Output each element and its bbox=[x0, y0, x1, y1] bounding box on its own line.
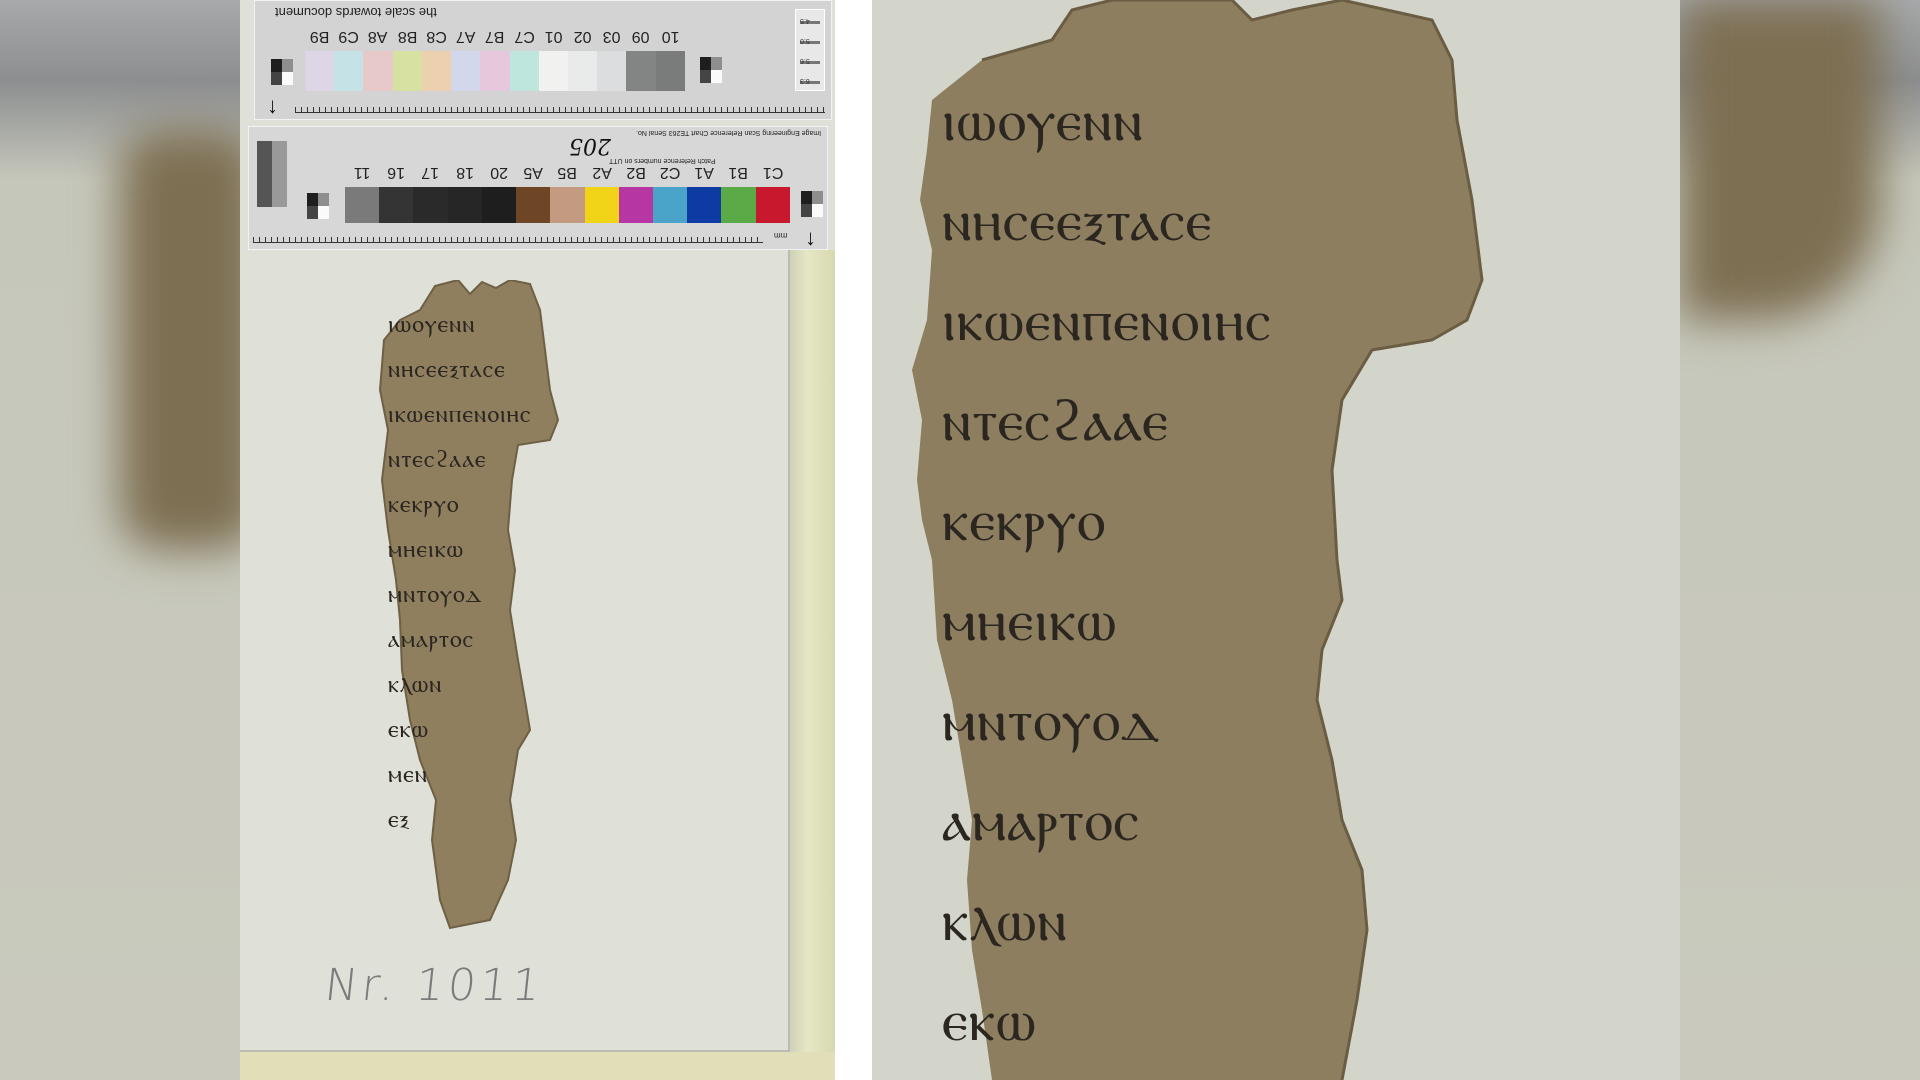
color-reference-chart-bottom: Image Engineering Scan Reference Chart T… bbox=[248, 126, 828, 250]
color-patch: C9 bbox=[334, 51, 363, 91]
patch-label: C2 bbox=[653, 163, 687, 181]
checker-patch bbox=[700, 57, 722, 83]
color-patch: B9 bbox=[305, 51, 334, 91]
patch-label: B8 bbox=[393, 27, 422, 45]
ruler-unit-mm: mm bbox=[774, 231, 787, 240]
fragment-text-line: ⲛⲏⲥⲉⲉⲝⲧⲁⲥⲉ bbox=[942, 170, 1502, 270]
patch-label: C1 bbox=[756, 163, 790, 181]
right-detail-panel: ⲓⲱⲟⲩⲉⲛⲛⲛⲏⲥⲉⲉⲝⲧⲁⲥⲉⲓⲕⲱⲉⲛⲡⲉⲛⲟⲓⲏⲥⲛⲧⲉⲥϩⲁⲁⲉⲕⲉⲕ… bbox=[872, 0, 1680, 1080]
arrow-down-icon: ↓ bbox=[267, 95, 278, 117]
fragment-text-line: ⲓⲱⲟⲩⲉⲛⲛ bbox=[388, 302, 588, 347]
fragment-text-line: ⲛⲏⲥⲉⲉⲝⲧⲁⲥⲉ bbox=[388, 347, 588, 392]
color-patch: C2 bbox=[653, 187, 687, 223]
fragment-text-line: ⲕⲗⲱⲛ bbox=[942, 870, 1502, 970]
patch-label: 16 bbox=[379, 163, 413, 181]
fragment-text-line: ⲙⲛⲧⲟⲩⲟⲇ bbox=[942, 670, 1502, 770]
fragment-text-line: ⲓⲕⲱⲉⲛⲡⲉⲛⲟⲓⲏⲥ bbox=[942, 270, 1502, 370]
fragment-text-line: ⲁⲙⲁⲣⲧⲟⲥ bbox=[388, 617, 588, 662]
patch-label: 09 bbox=[626, 27, 655, 45]
color-patch: 11 bbox=[345, 187, 379, 223]
arrow-down-icon: ↓ bbox=[805, 227, 816, 249]
blurred-papyrus-right bbox=[1680, 0, 1880, 320]
color-reference-chart-top: the scale towards document B9C9A8B8C8A7B… bbox=[254, 0, 832, 120]
color-patch: 10 bbox=[656, 51, 685, 91]
patch-label: A5 bbox=[516, 163, 550, 181]
patch-label: 11 bbox=[345, 163, 379, 181]
fragment-text-line: ⲙⲏⲉⲓⲕⲱ bbox=[388, 527, 588, 572]
patch-label: B9 bbox=[305, 27, 334, 45]
step-label: 5.6 bbox=[800, 57, 820, 64]
panel-divider bbox=[835, 0, 872, 1080]
gray-step-scale: 4.5 5.0 5.6 6.3 bbox=[795, 9, 825, 91]
fragment-text-line: ⲁⲙⲁⲣⲧⲟⲥ bbox=[942, 770, 1502, 870]
patch-label: A7 bbox=[451, 27, 480, 45]
patch-label: 17 bbox=[413, 163, 447, 181]
fragment-text-line: ⲕⲉⲕⲣⲩⲟ bbox=[942, 470, 1502, 570]
color-patch: A7 bbox=[451, 51, 480, 91]
patch-label: 01 bbox=[539, 27, 568, 45]
mat-border-bottom bbox=[240, 1052, 835, 1080]
color-patch: B5 bbox=[550, 187, 584, 223]
patch-label: B5 bbox=[550, 163, 584, 181]
color-patch: 18 bbox=[448, 187, 482, 223]
fragment-text-left: ⲓⲱⲟⲩⲉⲛⲛⲛⲏⲥⲉⲉⲝⲧⲁⲥⲉⲓⲕⲱⲉⲛⲡⲉⲛⲟⲓⲏⲥⲛⲧⲉⲥϩⲁⲁⲉⲕⲉⲕ… bbox=[388, 302, 588, 842]
serial-number: 205 bbox=[569, 133, 611, 158]
manufacturer-line: Image Engineering Scan Reference Chart T… bbox=[636, 129, 821, 136]
fragment-text-line: ⲉⲕⲱ bbox=[942, 970, 1502, 1070]
color-patch: C7 bbox=[510, 51, 539, 91]
patch-label: 20 bbox=[482, 163, 516, 181]
ruler-top bbox=[295, 99, 825, 113]
mat-edge bbox=[788, 250, 790, 1052]
fragment-text-line: ⲉⲝ bbox=[388, 797, 588, 842]
fragment-text-line: ⲙⲛⲧⲟⲩⲟⲇ bbox=[388, 572, 588, 617]
color-patch: 17 bbox=[413, 187, 447, 223]
left-photo-panel: the scale towards document B9C9A8B8C8A7B… bbox=[240, 0, 835, 1080]
blurred-papyrus-left bbox=[120, 130, 260, 550]
fragment-text-line: ⲛⲧⲉⲥϩⲁⲁⲉ bbox=[942, 370, 1502, 470]
patch-label: B1 bbox=[721, 163, 755, 181]
color-patch: B1 bbox=[721, 187, 755, 223]
color-patch: 09 bbox=[626, 51, 655, 91]
fragment-text-right: ⲓⲱⲟⲩⲉⲛⲛⲛⲏⲥⲉⲉⲝⲧⲁⲥⲉⲓⲕⲱⲉⲛⲡⲉⲛⲟⲓⲏⲥⲛⲧⲉⲥϩⲁⲁⲉⲕⲉⲕ… bbox=[942, 70, 1502, 1070]
color-patch: A2 bbox=[585, 187, 619, 223]
color-patch: 16 bbox=[379, 187, 413, 223]
step-label: 4.5 bbox=[800, 17, 820, 24]
patch-label: C9 bbox=[334, 27, 363, 45]
patch-label: 10 bbox=[656, 27, 685, 45]
checker-patch bbox=[801, 191, 823, 217]
color-patch: C1 bbox=[756, 187, 790, 223]
fragment-text-line: ⲉⲕⲱ bbox=[388, 707, 588, 752]
color-patch: A1 bbox=[687, 187, 721, 223]
checker-patch bbox=[271, 59, 293, 85]
handwritten-inventory-label: Nr. 1011 bbox=[322, 960, 546, 1011]
fragment-text-line: ⲛⲧⲉⲥϩⲁⲁⲉ bbox=[388, 437, 588, 482]
color-patch: 02 bbox=[568, 51, 597, 91]
patch-label: 18 bbox=[448, 163, 482, 181]
patch-label: 03 bbox=[597, 27, 626, 45]
color-patch: A8 bbox=[363, 51, 392, 91]
color-patch-row: 1116171820A5B5A2B2C2A1B1C1 bbox=[345, 187, 790, 223]
color-patch: B7 bbox=[480, 51, 509, 91]
patch-label: A2 bbox=[585, 163, 619, 181]
patch-label: A8 bbox=[363, 27, 392, 45]
color-patch: B8 bbox=[393, 51, 422, 91]
fragment-text-line: ⲕⲉⲕⲣⲩⲟ bbox=[388, 482, 588, 527]
step-label: 5.0 bbox=[800, 37, 820, 44]
color-patch: C8 bbox=[422, 51, 451, 91]
patch-label: C8 bbox=[422, 27, 451, 45]
checker-patch bbox=[307, 193, 329, 219]
color-patch: 03 bbox=[597, 51, 626, 91]
chart-caption: the scale towards document bbox=[275, 5, 437, 20]
fragment-text-line: ⲓⲕⲱⲉⲛⲡⲉⲛⲟⲓⲏⲥ bbox=[388, 392, 588, 437]
fragment-text-line: ⲕⲗⲱⲛ bbox=[388, 662, 588, 707]
mat-border-right bbox=[790, 250, 835, 1080]
step-label: 6.3 bbox=[800, 77, 820, 84]
color-patch: B2 bbox=[619, 187, 653, 223]
patch-label: A1 bbox=[687, 163, 721, 181]
patch-label: C7 bbox=[510, 27, 539, 45]
fragment-text-line: ⲙⲏⲉⲓⲕⲱ bbox=[942, 570, 1502, 670]
color-patch: A5 bbox=[516, 187, 550, 223]
color-patch: 20 bbox=[482, 187, 516, 223]
color-patch: 01 bbox=[539, 51, 568, 91]
ruler-bottom bbox=[253, 229, 763, 243]
patch-label: B2 bbox=[619, 163, 653, 181]
patch-label: 02 bbox=[568, 27, 597, 45]
fragment-text-line: ⲙⲉⲛ bbox=[388, 752, 588, 797]
mat-edge bbox=[240, 1050, 790, 1052]
patch-label: B7 bbox=[480, 27, 509, 45]
fragment-text-line: ⲓⲱⲟⲩⲉⲛⲛ bbox=[942, 70, 1502, 170]
gray-wedge bbox=[257, 141, 287, 207]
color-patch-row: B9C9A8B8C8A7B7C70102030910 bbox=[305, 51, 685, 91]
